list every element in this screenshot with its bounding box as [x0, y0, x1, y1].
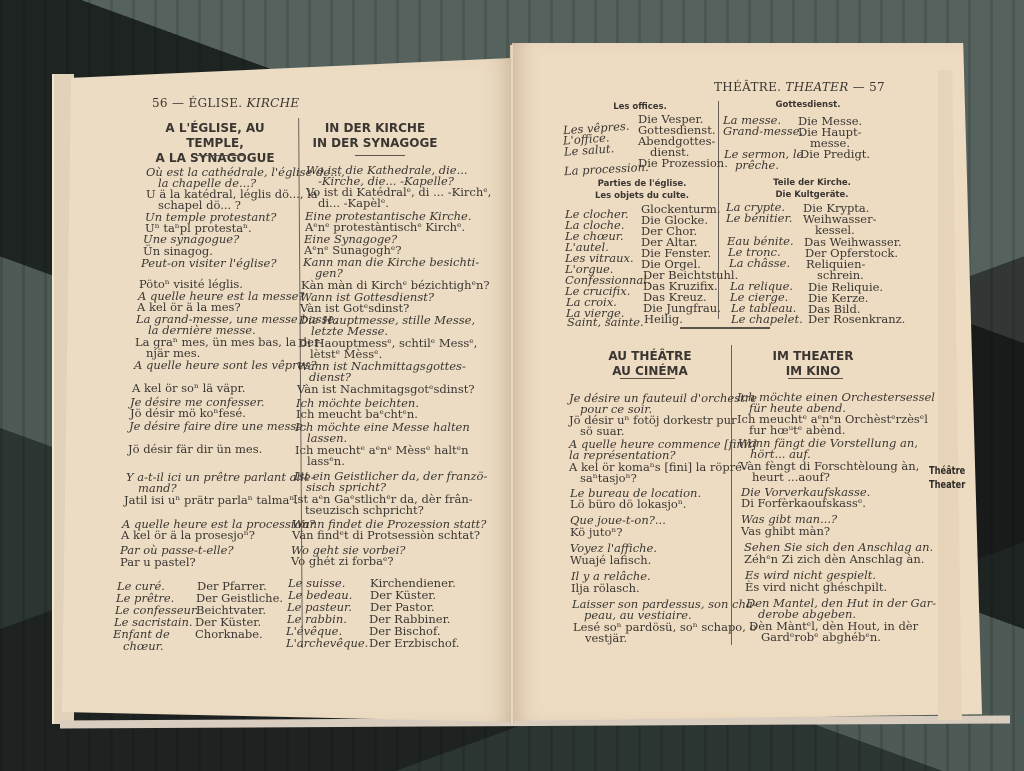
subheading-offices-de: Gottesdienst. — [748, 99, 868, 111]
running-head-fr: ÉGLISE. — [188, 96, 242, 110]
page-number-right: 57 — [869, 80, 885, 94]
section-separator-rule — [680, 327, 770, 329]
title-rule — [620, 378, 675, 379]
subheading-parts-fr: Parties de l'église. Les objets du culte… — [582, 178, 702, 202]
left-running-head: 56 — ÉGLISE. KIRCHE — [152, 96, 299, 110]
section-title-de: IN DER KIRCHE IN DER SYNAGOGE — [300, 121, 450, 151]
section-title-fr: A L'ÉGLISE, AU TEMPLE, A LA SYNAGOGUE — [140, 121, 290, 166]
title-rule — [355, 155, 405, 156]
page-number-left: 56 — [152, 96, 168, 110]
thumb-index-tab: Théâtre Theater — [929, 464, 965, 492]
theatre-title-de: IM THEATER IM KINO — [748, 349, 878, 379]
title-rule — [196, 155, 246, 156]
running-head-fr: THÉÂTRE. — [714, 80, 781, 94]
open-phrasebook: 56 — ÉGLISE. KIRCHE A L'ÉGLISE, AU TEMPL… — [0, 0, 1024, 771]
book-gutter — [510, 45, 514, 725]
title-rule — [788, 378, 843, 379]
running-head-de: KIRCHE — [247, 96, 300, 110]
right-running-head: THÉÂTRE. THEATER — 57 — [714, 80, 885, 94]
subheading-parts-de: Teile der Kirche. Die Kultgeräte. — [752, 177, 872, 201]
running-head-de: THEATER — [785, 80, 848, 94]
theatre-title-fr: AU THÉÂTRE AU CINÉMA — [585, 349, 715, 379]
